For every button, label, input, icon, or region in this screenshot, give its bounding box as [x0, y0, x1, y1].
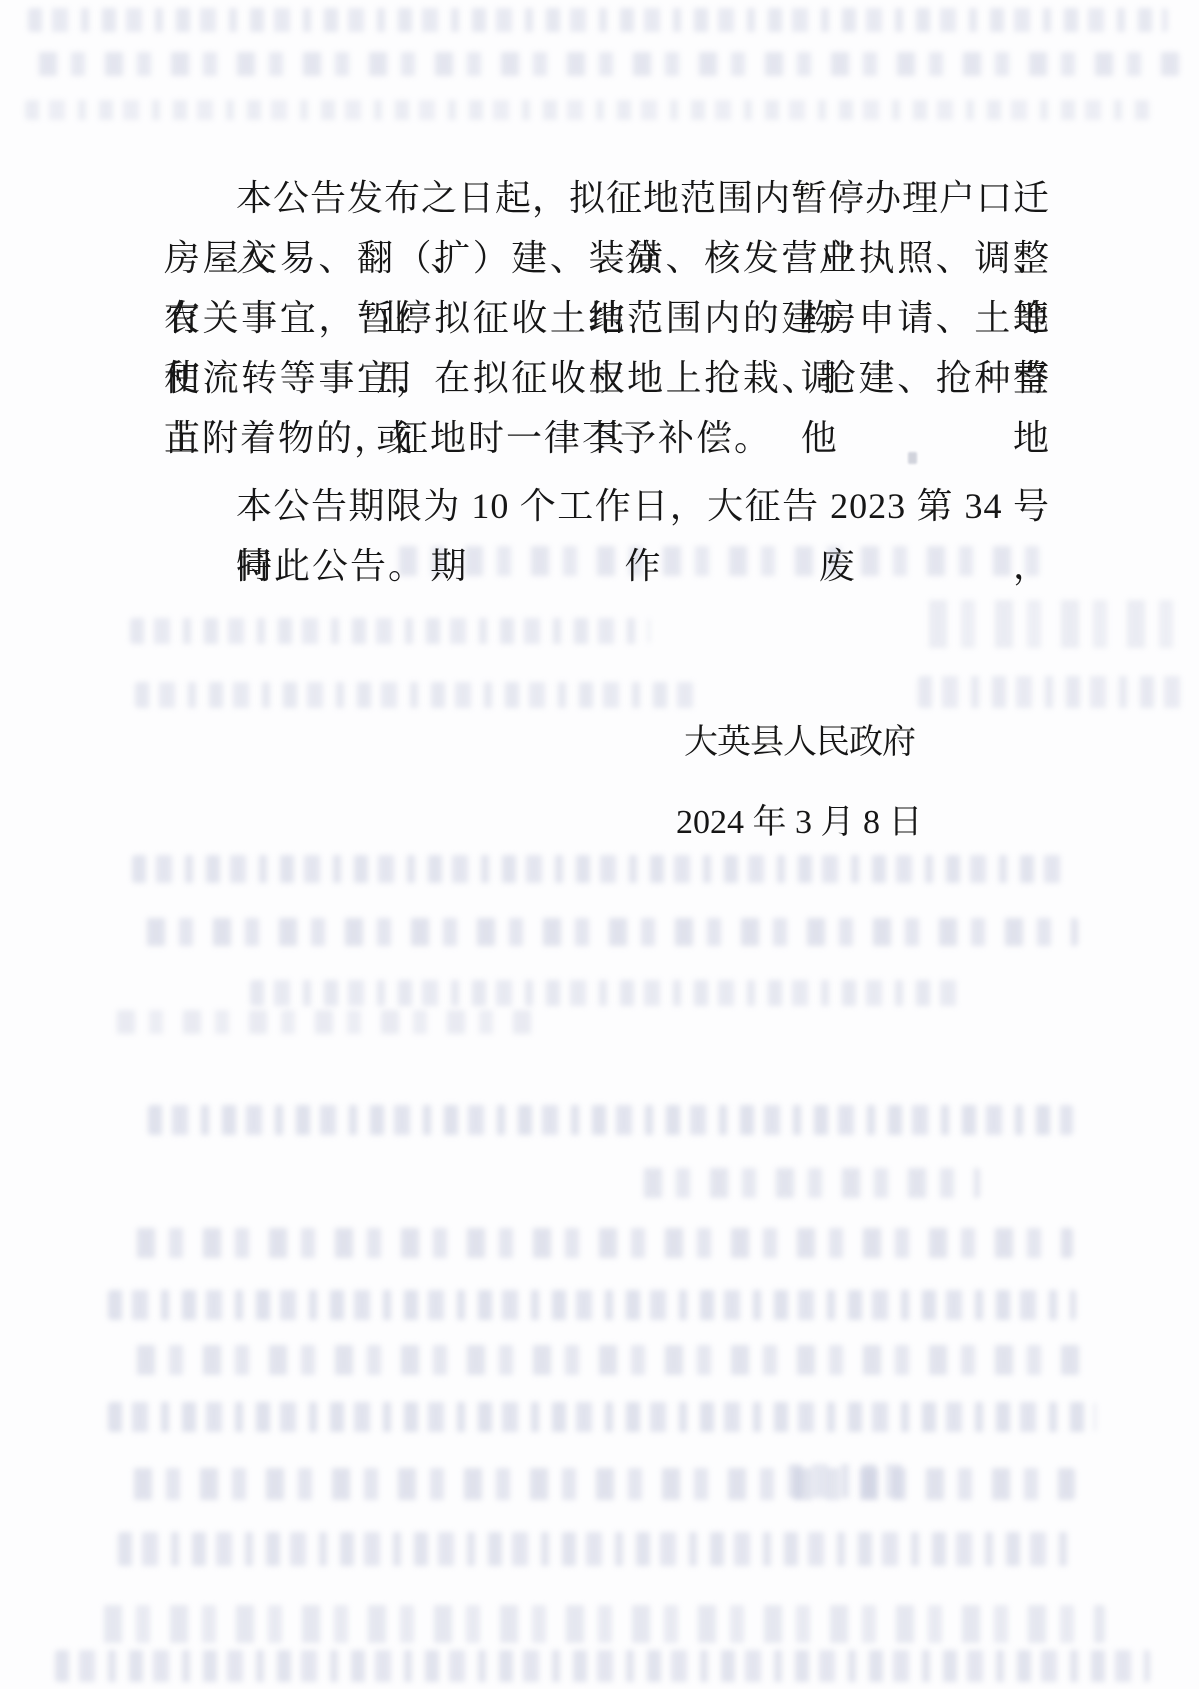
bleedthrough-line — [135, 682, 695, 708]
bleedthrough-line — [918, 676, 1183, 708]
bleedthrough-line — [635, 1168, 980, 1198]
body-line-2: 房屋交易、翻（扩）建、装潢、核发营业执照、调整农业结构等 — [164, 228, 1050, 288]
bleedthrough-line — [148, 1105, 1073, 1135]
bleedthrough-line — [132, 855, 1062, 883]
bleedthrough-line — [108, 1402, 1096, 1432]
bleedthrough-line — [55, 1650, 1150, 1682]
body-line-1: 本公告发布之日起，拟征地范围内暂停办理户口迁入、分户、 — [164, 168, 1050, 228]
bleedthrough-line — [128, 1345, 1080, 1375]
bleedthrough-line — [920, 600, 1175, 648]
bleedthrough-line — [95, 1605, 1105, 1643]
bleedthrough-line — [108, 1010, 538, 1034]
issuer-name: 大英县人民政府 — [684, 714, 915, 763]
bleedthrough-line — [118, 1532, 1080, 1566]
body-line-4: 和流转等事宜，在拟征收土地上抢栽、抢建、抢种青苗或其他地 — [164, 348, 1050, 408]
issue-date: 2024 年 3 月 8 日 — [676, 794, 923, 843]
bleedthrough-line — [25, 100, 1150, 120]
scanned-document-page: 本公告发布之日起，拟征地范围内暂停办理户口迁入、分户、 房屋交易、翻（扩）建、装… — [0, 0, 1199, 1689]
bleedthrough-blob — [788, 1464, 906, 1498]
bleedthrough-line — [138, 918, 1078, 946]
bleedthrough-line — [125, 1468, 1075, 1500]
bleedthrough-line — [108, 1290, 1076, 1320]
validity-line: 本公告期限为 10 个工作日，大征告 2023 第 34 号同期作废， — [164, 476, 1050, 536]
body-line-3: 有关事宜，暂停拟征收土地范围内的建房申请、土地使用权调整 — [164, 288, 1050, 348]
bleedthrough-line — [30, 52, 1180, 76]
bleedthrough-line — [128, 1228, 1073, 1258]
bleedthrough-line — [28, 8, 1168, 32]
bleedthrough-line — [250, 980, 965, 1006]
announcement-body: 本公告发布之日起，拟征地范围内暂停办理户口迁入、分户、 房屋交易、翻（扩）建、装… — [164, 168, 1050, 596]
bleedthrough-line — [130, 618, 650, 644]
